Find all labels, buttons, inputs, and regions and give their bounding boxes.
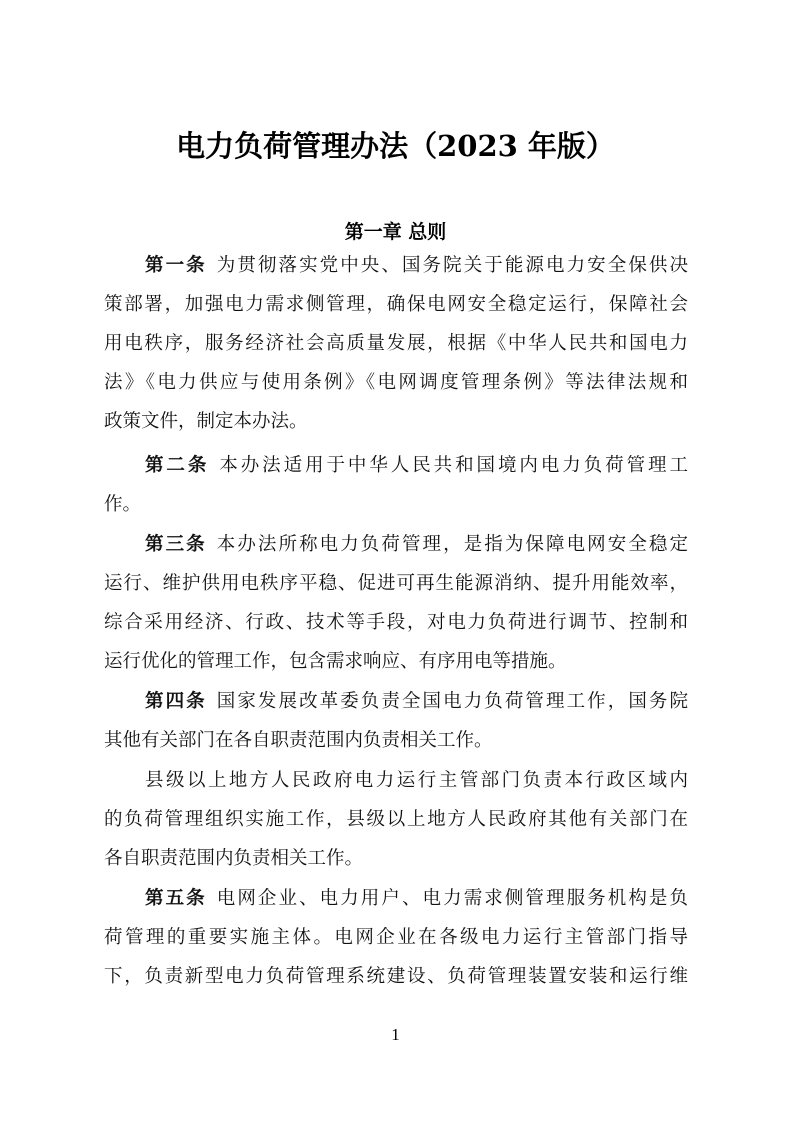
text-line: 第一条为贯彻落实党中央、国务院关于能源电力安全保供决 bbox=[145, 251, 688, 281]
line-text: 国家发展改革委负责全国电力负荷管理工作，国务院 bbox=[217, 691, 688, 712]
text-line: 第四条国家发展改革委负责全国电力负荷管理工作，国务院 bbox=[145, 687, 688, 717]
line-text: 本办法适用于中华人民共和国境内电力负荷管理工 bbox=[219, 455, 688, 476]
line-text: 其他有关部门在各自职责范围内负责相关工作。 bbox=[104, 730, 493, 751]
article-label: 第二条 bbox=[145, 455, 209, 476]
text-line: 第三条本办法所称电力负荷管理，是指为保障电网安全稳定 bbox=[145, 530, 688, 560]
line-text: 用电秩序，服务经济社会高质量发展，根据《中华人民共和国电力 bbox=[104, 333, 688, 354]
line-text: 县级以上地方人民政府电力运行主管部门负责本行政区域内 bbox=[145, 770, 688, 791]
text-line: 政策文件，制定本办法。 bbox=[104, 407, 688, 437]
line-text: 政策文件，制定本办法。 bbox=[104, 411, 308, 432]
document-page: 电力负荷管理办法（2023 年版） 第一章 总则 第一条为贯彻落实党中央、国务院… bbox=[0, 0, 791, 1124]
text-line: 运行、维护供用电秩序平稳、促进可再生能源消纳、提升用能效率， bbox=[104, 569, 688, 599]
text-line: 下，负责新型电力负荷管理系统建设、负荷管理装置安装和运行维 bbox=[104, 962, 688, 992]
line-text: 策部署，加强电力需求侧管理，确保电网安全稳定运行，保障社会 bbox=[104, 294, 688, 315]
text-line: 法》《电力供应与使用条例》《电网调度管理条例》等法律法规和 bbox=[104, 368, 688, 398]
line-text: 作。 bbox=[104, 494, 141, 515]
article-label: 第三条 bbox=[145, 534, 207, 555]
text-line: 用电秩序，服务经济社会高质量发展，根据《中华人民共和国电力 bbox=[104, 329, 688, 359]
article-label: 第一条 bbox=[145, 255, 207, 276]
chapter-heading: 第一章 总则 bbox=[0, 217, 791, 244]
document-title: 电力负荷管理办法（2023 年版） bbox=[0, 124, 791, 165]
line-text: 荷管理的重要实施主体。电网企业在各级电力运行主管部门指导 bbox=[104, 927, 688, 948]
text-line: 第二条本办法适用于中华人民共和国境内电力负荷管理工 bbox=[145, 451, 688, 481]
line-text: 运行优化的管理工作，包含需求响应、有序用电等措施。 bbox=[104, 651, 567, 672]
line-text: 电网企业、电力用户、电力需求侧管理服务机构是负 bbox=[217, 888, 688, 909]
text-line: 作。 bbox=[104, 490, 688, 520]
text-line: 策部署，加强电力需求侧管理，确保电网安全稳定运行，保障社会 bbox=[104, 290, 688, 320]
line-text: 法》《电力供应与使用条例》《电网调度管理条例》等法律法规和 bbox=[104, 372, 688, 393]
text-line: 综合采用经济、行政、技术等手段，对电力负荷进行调节、控制和 bbox=[104, 608, 688, 638]
line-text: 本办法所称电力负荷管理，是指为保障电网安全稳定 bbox=[217, 534, 688, 555]
text-line: 县级以上地方人民政府电力运行主管部门负责本行政区域内 bbox=[145, 766, 688, 796]
text-line: 各自职责范围内负责相关工作。 bbox=[104, 844, 688, 874]
line-text: 运行、维护供用电秩序平稳、促进可再生能源消纳、提升用能效率， bbox=[104, 573, 688, 594]
text-line: 荷管理的重要实施主体。电网企业在各级电力运行主管部门指导 bbox=[104, 923, 688, 953]
text-line: 运行优化的管理工作，包含需求响应、有序用电等措施。 bbox=[104, 647, 688, 677]
article-label: 第四条 bbox=[145, 691, 207, 712]
line-text: 为贯彻落实党中央、国务院关于能源电力安全保供决 bbox=[217, 255, 688, 276]
text-line: 其他有关部门在各自职责范围内负责相关工作。 bbox=[104, 726, 688, 756]
text-line: 的负荷管理组织实施工作，县级以上地方人民政府其他有关部门在 bbox=[104, 805, 688, 835]
text-line: 第五条电网企业、电力用户、电力需求侧管理服务机构是负 bbox=[145, 884, 688, 914]
line-text: 下，负责新型电力负荷管理系统建设、负荷管理装置安装和运行维 bbox=[104, 966, 688, 987]
line-text: 各自职责范围内负责相关工作。 bbox=[104, 848, 363, 869]
article-label: 第五条 bbox=[145, 888, 207, 909]
line-text: 综合采用经济、行政、技术等手段，对电力负荷进行调节、控制和 bbox=[104, 612, 688, 633]
line-text: 的负荷管理组织实施工作，县级以上地方人民政府其他有关部门在 bbox=[104, 809, 688, 830]
page-number: 1 bbox=[0, 1025, 791, 1045]
